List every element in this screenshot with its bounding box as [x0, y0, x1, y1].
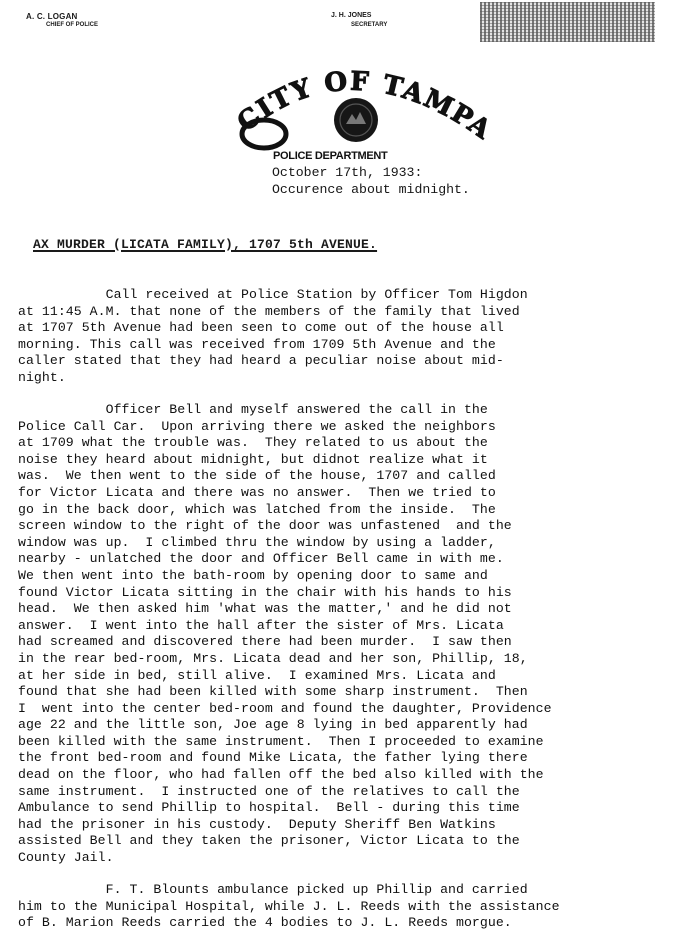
text-line: night.: [18, 370, 698, 387]
secretary-name: J. H. JONES: [331, 12, 371, 19]
text-line: in the rear bed-room, Mrs. Licata dead a…: [18, 651, 698, 668]
text-line: had the prisoner in his custody. Deputy …: [18, 817, 698, 834]
text-line: I went into the center bed-room and foun…: [18, 701, 698, 718]
text-line: found that she had been killed with some…: [18, 684, 698, 701]
text-line: F. T. Blounts ambulance picked up Philli…: [18, 882, 698, 899]
department-name: POLICE DEPARTMENT: [273, 150, 387, 162]
text-line: noise they heard about midnight, but did…: [18, 452, 698, 469]
text-line: age 22 and the little son, Joe age 8 lyi…: [18, 717, 698, 734]
ink-stamp: [480, 2, 655, 42]
paragraph-call-received: Call received at Police Station by Offic…: [18, 287, 698, 387]
text-line: Call received at Police Station by Offic…: [18, 287, 698, 304]
text-line: been killed with the same instrument. Th…: [18, 734, 698, 751]
text-line: caller stated that they had heard a pecu…: [18, 353, 698, 370]
text-line: Police Call Car. Upon arriving there we …: [18, 419, 698, 436]
text-line: was. We then went to the side of the hou…: [18, 468, 698, 485]
text-line: found Victor Licata sitting in the chair…: [18, 585, 698, 602]
text-line: head. We then asked him 'what was the ma…: [18, 601, 698, 618]
text-line: for Victor Licata and there was no answe…: [18, 485, 698, 502]
text-line: screen window to the right of the door w…: [18, 518, 698, 535]
chief-name: A. C. LOGAN: [26, 12, 78, 21]
city-seal-logo-icon: CITY OF TAMPA: [228, 60, 498, 160]
text-line: dead on the floor, who had fallen off th…: [18, 767, 698, 784]
report-title: AX MURDER (LICATA FAMILY), 1707 5th AVEN…: [33, 237, 377, 252]
text-line: window was up. I climbed thru the window…: [18, 535, 698, 552]
text-line: at 11:45 A.M. that none of the members o…: [18, 304, 698, 321]
text-line: nearby - unlatched the door and Officer …: [18, 551, 698, 568]
text-line: at 1709 what the trouble was. They relat…: [18, 435, 698, 452]
text-line: same instrument. I instructed one of the…: [18, 784, 698, 801]
text-line: We then went into the bath-room by openi…: [18, 568, 698, 585]
text-line: morning. This call was received from 170…: [18, 337, 698, 354]
text-line: at her side in bed, still alive. I exami…: [18, 668, 698, 685]
text-line: him to the Municipal Hospital, while J. …: [18, 899, 698, 916]
text-line: answer. I went into the hall after the s…: [18, 618, 698, 635]
text-line: had screamed and discovered there had be…: [18, 634, 698, 651]
occurrence-time: Occurence about midnight.: [272, 182, 470, 199]
text-line: assisted Bell and they taken the prisone…: [18, 833, 698, 850]
text-line: go in the back door, which was latched f…: [18, 502, 698, 519]
paragraph-ambulance: F. T. Blounts ambulance picked up Philli…: [18, 882, 698, 932]
text-line: the front bed-room and found Mike Licata…: [18, 750, 698, 767]
text-line: at 1707 5th Avenue had been seen to come…: [18, 320, 698, 337]
chief-title: CHIEF OF POLICE: [46, 22, 98, 28]
paragraph-investigation: Officer Bell and myself answered the cal…: [18, 402, 698, 867]
report-date: October 17th, 1933:: [272, 165, 422, 182]
text-line: Officer Bell and myself answered the cal…: [18, 402, 698, 419]
text-line: Ambulance to send Phillip to hospital. B…: [18, 800, 698, 817]
text-line: of B. Marion Reeds carried the 4 bodies …: [18, 915, 698, 932]
secretary-title: SECRETARY: [351, 22, 387, 28]
text-line: County Jail.: [18, 850, 698, 867]
